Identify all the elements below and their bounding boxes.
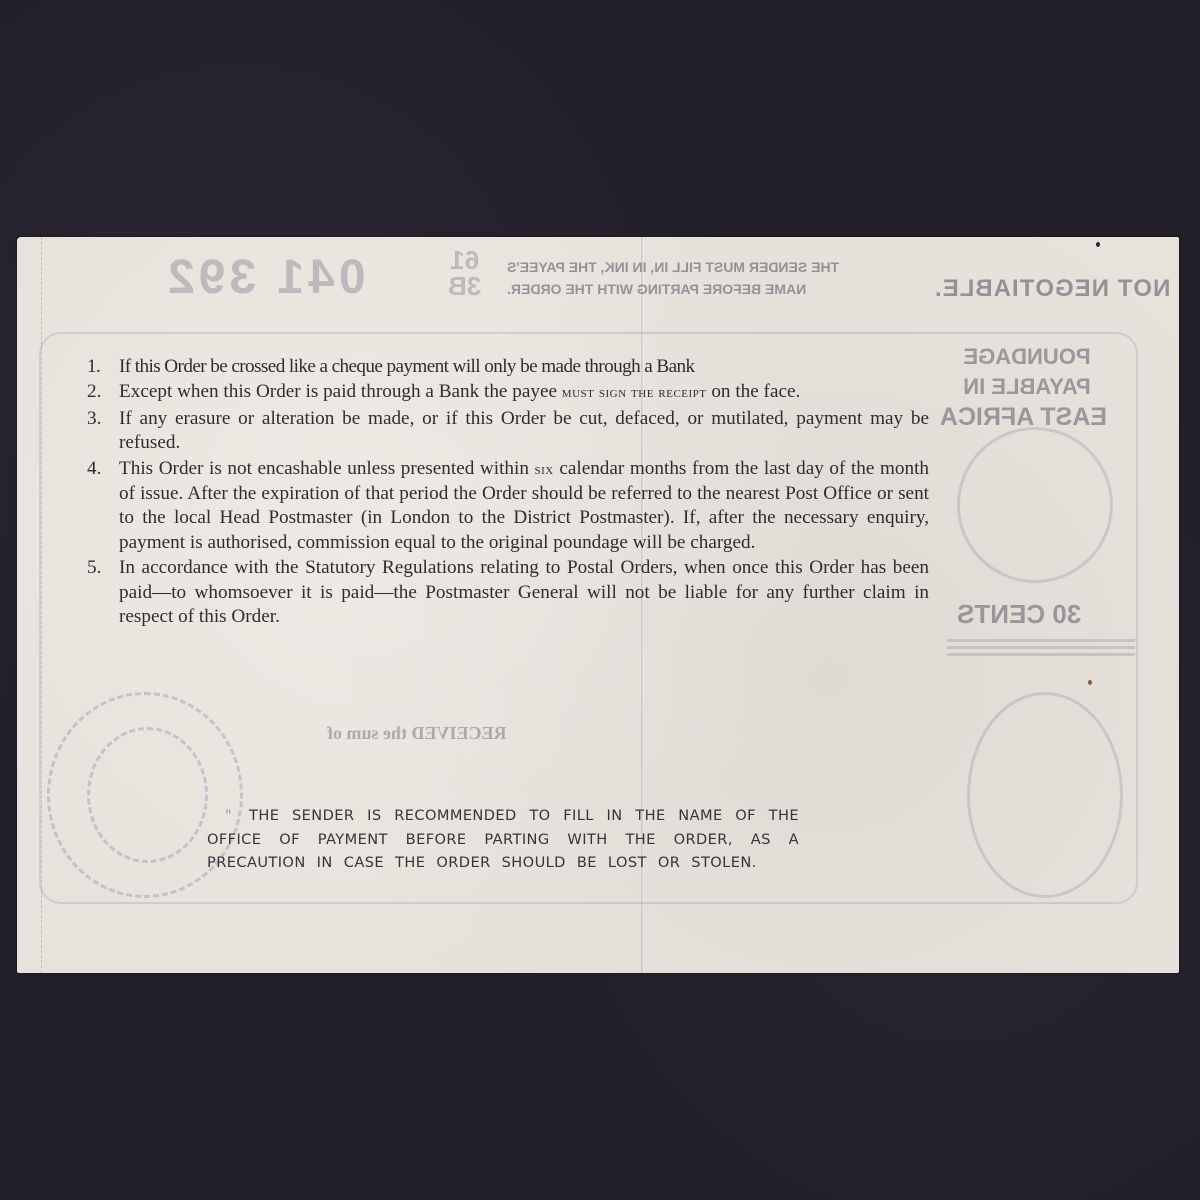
postmark-stamp-inner [87,727,208,863]
condition-number: 1. [87,355,100,379]
condition-text: Except when this Order is paid through a… [119,381,562,402]
condition-text: If this Order be crossed like a cheque p… [119,356,694,377]
panel-line3: EAST AFRICA [947,402,1107,432]
sender-warning-line2: NAME BEFORE PARTING WITH THE ORDER. [507,278,839,300]
show-through-received: RECEIVED the sum of [327,723,507,744]
condition-number: 5. [87,556,101,580]
show-through-sender-warning: THE SENDER MUST FILL IN, IN INK, THE PAY… [507,256,839,300]
panel-line2: PAYABLE IN [947,372,1107,402]
condition-text: In accordance with the Statutory Regulat… [119,557,929,627]
condition-text: If any erasure or alteration be made, or… [119,408,929,453]
indent: " [207,804,249,828]
foxing-spot [1088,680,1092,685]
condition-item: 3. If any erasure or alteration be made,… [87,407,929,456]
foxing-spot [1096,242,1100,247]
conditions-list: 1. If this Order be crossed like a chequ… [87,355,929,630]
postal-order-reverse: 041 392 61 3B THE SENDER MUST FILL IN, I… [17,237,1179,973]
show-through-poundage-panel: POUNDAGE PAYABLE IN EAST AFRICA [947,342,1107,432]
condition-number: 4. [87,457,101,481]
show-through-not-negotiable: NOT NEGOTIABLE. [934,275,1170,303]
show-through-value: 30 CENTS [957,599,1081,630]
condition-text: This Order is not encashable unless pres… [119,458,535,479]
condition-item: 5. In accordance with the Statutory Regu… [87,556,929,629]
show-through-series: 61 3B [448,247,481,299]
show-through-seal [957,427,1113,583]
quote-mark: " [225,807,232,824]
series-bottom: 3B [448,273,481,299]
series-top: 61 [448,247,481,273]
condition-item: 4. This Order is not encashable unless p… [87,457,929,556]
condition-emphasis: six [535,461,554,478]
sender-recommendation: "THE SENDER IS RECOMMENDED TO FILL IN TH… [207,804,799,875]
sender-warning-line1: THE SENDER MUST FILL IN, IN INK, THE PAY… [507,256,839,278]
condition-item: 1. If this Order be crossed like a chequ… [87,355,929,379]
show-through-bars [947,639,1135,660]
panel-line1: POUNDAGE [947,342,1107,372]
condition-number: 3. [87,407,101,431]
condition-emphasis: must sign the receipt [562,384,707,401]
condition-text: on the face. [707,381,801,402]
condition-item: 2. Except when this Order is paid throug… [87,380,929,405]
condition-number: 2. [87,380,101,404]
show-through-serial-number: 041 392 [164,250,366,305]
show-through-oval [967,692,1123,898]
sender-note-text: THE SENDER IS RECOMMENDED TO FILL IN THE… [207,807,799,871]
